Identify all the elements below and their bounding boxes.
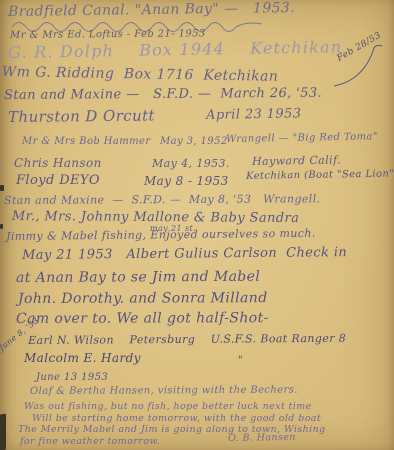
entry-hanson-place: Hayward Calif. <box>252 154 341 167</box>
entry-hanson-name: Chris Hanson <box>14 157 102 170</box>
entry-olaf-line2: Was out fishing, but no fish, hope bette… <box>24 402 312 412</box>
entry-stan-march: Stan and Maxine — S.F.D. — March 26, '53… <box>4 87 322 103</box>
entry-hardy: Malcolm E. Hardy <box>24 352 141 365</box>
entry-olaf-line1: Olaf & Bertha Hansen, visiting with the … <box>30 386 298 398</box>
entry-carlson-line1: May 21 1953 Albert Gulius Carlson Check … <box>22 246 347 262</box>
page-edge-mark <box>0 414 6 450</box>
entry-deyo-place: Ketchikan (Boat "Sea Lion") <box>246 169 394 182</box>
page-edge-mark <box>0 185 4 191</box>
entry-hardy-ditto: " <box>238 356 243 367</box>
corner-stroke-icon <box>330 44 390 88</box>
entry-olaf-signature: O. B. Hansen <box>228 433 296 444</box>
entry-deyo-name: Floyd DEYO <box>16 174 100 188</box>
entry-jimmy: Jimmy & Mabel fishing, Enjoyed ourselves… <box>6 228 316 243</box>
entry-carlson-line2: at Anan Bay to se Jim and Mabel <box>16 270 260 286</box>
entry-ridding: Wm G. Ridding Box 1716 Ketchikan <box>2 65 279 85</box>
entry-hammer-place: Wrangell — "Big Red Toma" <box>226 132 378 145</box>
entry-dolph: G. R. Dolph Box 1944 Ketchikan <box>8 39 342 62</box>
entry-olaf-line3: Will be starting home tomorrow, with the… <box>32 414 321 424</box>
entry-stan-may: Stan and Maxine — S.F.D. — May 8, '53 Wr… <box>4 193 321 206</box>
entry-june13-date: June 13 1953 <box>36 373 108 384</box>
guestbook-page: Bradfield Canal. "Anan Bay" — 1953. Mr &… <box>0 0 394 450</box>
entry-olaf-line5: for fine weather tomorrow. <box>20 437 160 447</box>
page-edge-mark <box>0 224 3 229</box>
entry-carlson-line3: John. Dorothy. and Sonra Milland <box>18 291 268 307</box>
entry-orcutt-date: April 23 1953 <box>206 107 302 122</box>
entry-hammer-date: May 3, 1952 <box>160 137 228 148</box>
entry-orcutt-name: Thurston D Orcutt <box>8 108 155 125</box>
entry-deyo-date: May 8 - 1953 <box>144 175 229 188</box>
entry-carlson-line4: Cam over to. We all got half-Shot- <box>16 311 269 327</box>
entry-wilson: Earl N. Wilson Petersburg U.S.F.S. Boat … <box>28 333 346 347</box>
entry-hammer-name: Mr & Mrs Bob Hammer <box>22 137 151 148</box>
page-title: Bradfield Canal. "Anan Bay" — 1953. <box>8 1 295 20</box>
entry-hanson-date: May 4, 1953. <box>152 158 230 170</box>
